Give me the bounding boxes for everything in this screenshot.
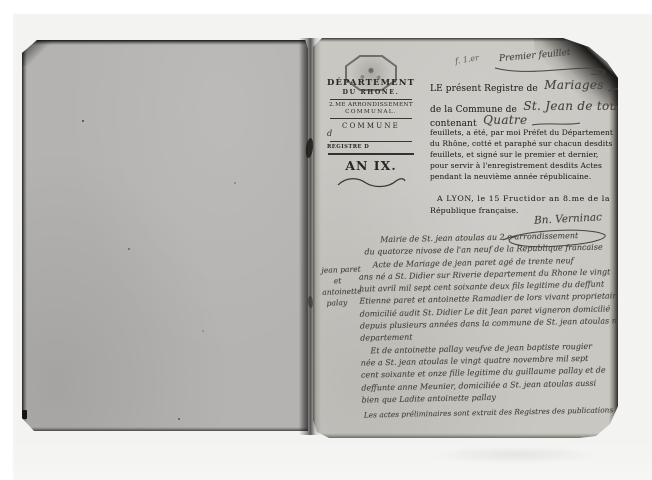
margin-arrondissement: 2.ME ARRONDISSEMENT [325, 102, 417, 108]
printed-dateline-2: République française. [430, 206, 519, 215]
printed-body-line: du Rhône, cotté et paraphé sur chacun de… [430, 139, 612, 148]
paper-speckles [82, 120, 84, 122]
handwritten-feuillet-count: Quatre [483, 113, 527, 127]
right-page-bottom-edge [313, 433, 618, 438]
printed-body-line: pour servir à l'enregistrement desdits A… [430, 161, 602, 170]
margin-registre: REGISTRE D [327, 144, 417, 150]
printed-line-registre: LE présent Registre de Mariages [430, 80, 652, 94]
margin-rule [330, 99, 412, 100]
flourish-after-quatre [530, 120, 582, 128]
flourish-folio-underline [491, 63, 611, 79]
left-page-left-edge [22, 40, 27, 431]
margin-name-line: palay [326, 296, 372, 309]
left-page-bottom-edge [22, 427, 308, 431]
prefect-signature: Bn. Verninac [534, 211, 603, 227]
book-spine-gutter [299, 38, 321, 435]
margin-commune-handwritten: d [327, 130, 417, 138]
right-page-top-edge [313, 38, 618, 42]
margin-rule [330, 141, 412, 142]
margin-an-ix: AN IX. [325, 158, 417, 173]
margin-departement: DÉPARTEMENT [325, 78, 417, 88]
left-page-blank [22, 40, 308, 431]
printed-text: LE présent Registre de [430, 84, 538, 94]
printed-body-line: feuillets, a été, par moi Préfet du Dépa… [430, 128, 613, 137]
handwritten-register-type: Mariages [544, 78, 604, 92]
flourish-margin-swash [334, 175, 408, 188]
scan-smudge [430, 446, 600, 464]
handwritten-commune-name: St. Jean de toulas [523, 99, 635, 113]
margin-spouse-names: jean paret et antoinette palay [321, 263, 373, 309]
printed-dateline: A LYON, le 15 Fructidor an 8.me de la [437, 194, 610, 203]
margin-header-block: DÉPARTEMENT DU RHÔNE. 2.ME ARRONDISSEMEN… [325, 55, 417, 192]
margin-communal: COMMUNAL. [325, 109, 417, 115]
printed-line-contenant: contenant Quatre [430, 115, 582, 129]
scanned-register-spread: f. 1.er Premier feuillet DÉPARTEMENT DU … [0, 0, 652, 480]
left-page-notch [22, 410, 27, 419]
printed-line-commune: de la Commune de St. Jean de toulas [430, 101, 636, 115]
printed-body-line: feuillets, et signé sur le premier et de… [430, 150, 599, 159]
margin-rule-thick [328, 153, 414, 155]
margin-commune: COMMUNE [325, 122, 417, 130]
flourish-after-mariages [606, 84, 652, 94]
left-page-top-edge [22, 40, 308, 45]
manuscript-closing-line: Les actes préliminaires sont extrait des… [364, 404, 614, 422]
manuscript-act-block: Mairie de St. jean atoulas au 2.e arrond… [358, 229, 614, 422]
printed-body-line: pendant la neuvième année républicaine. [430, 172, 591, 181]
right-page-register: f. 1.er Premier feuillet DÉPARTEMENT DU … [313, 38, 618, 438]
folio-number-note: f. 1.er [454, 53, 479, 66]
margin-rule [330, 118, 412, 119]
